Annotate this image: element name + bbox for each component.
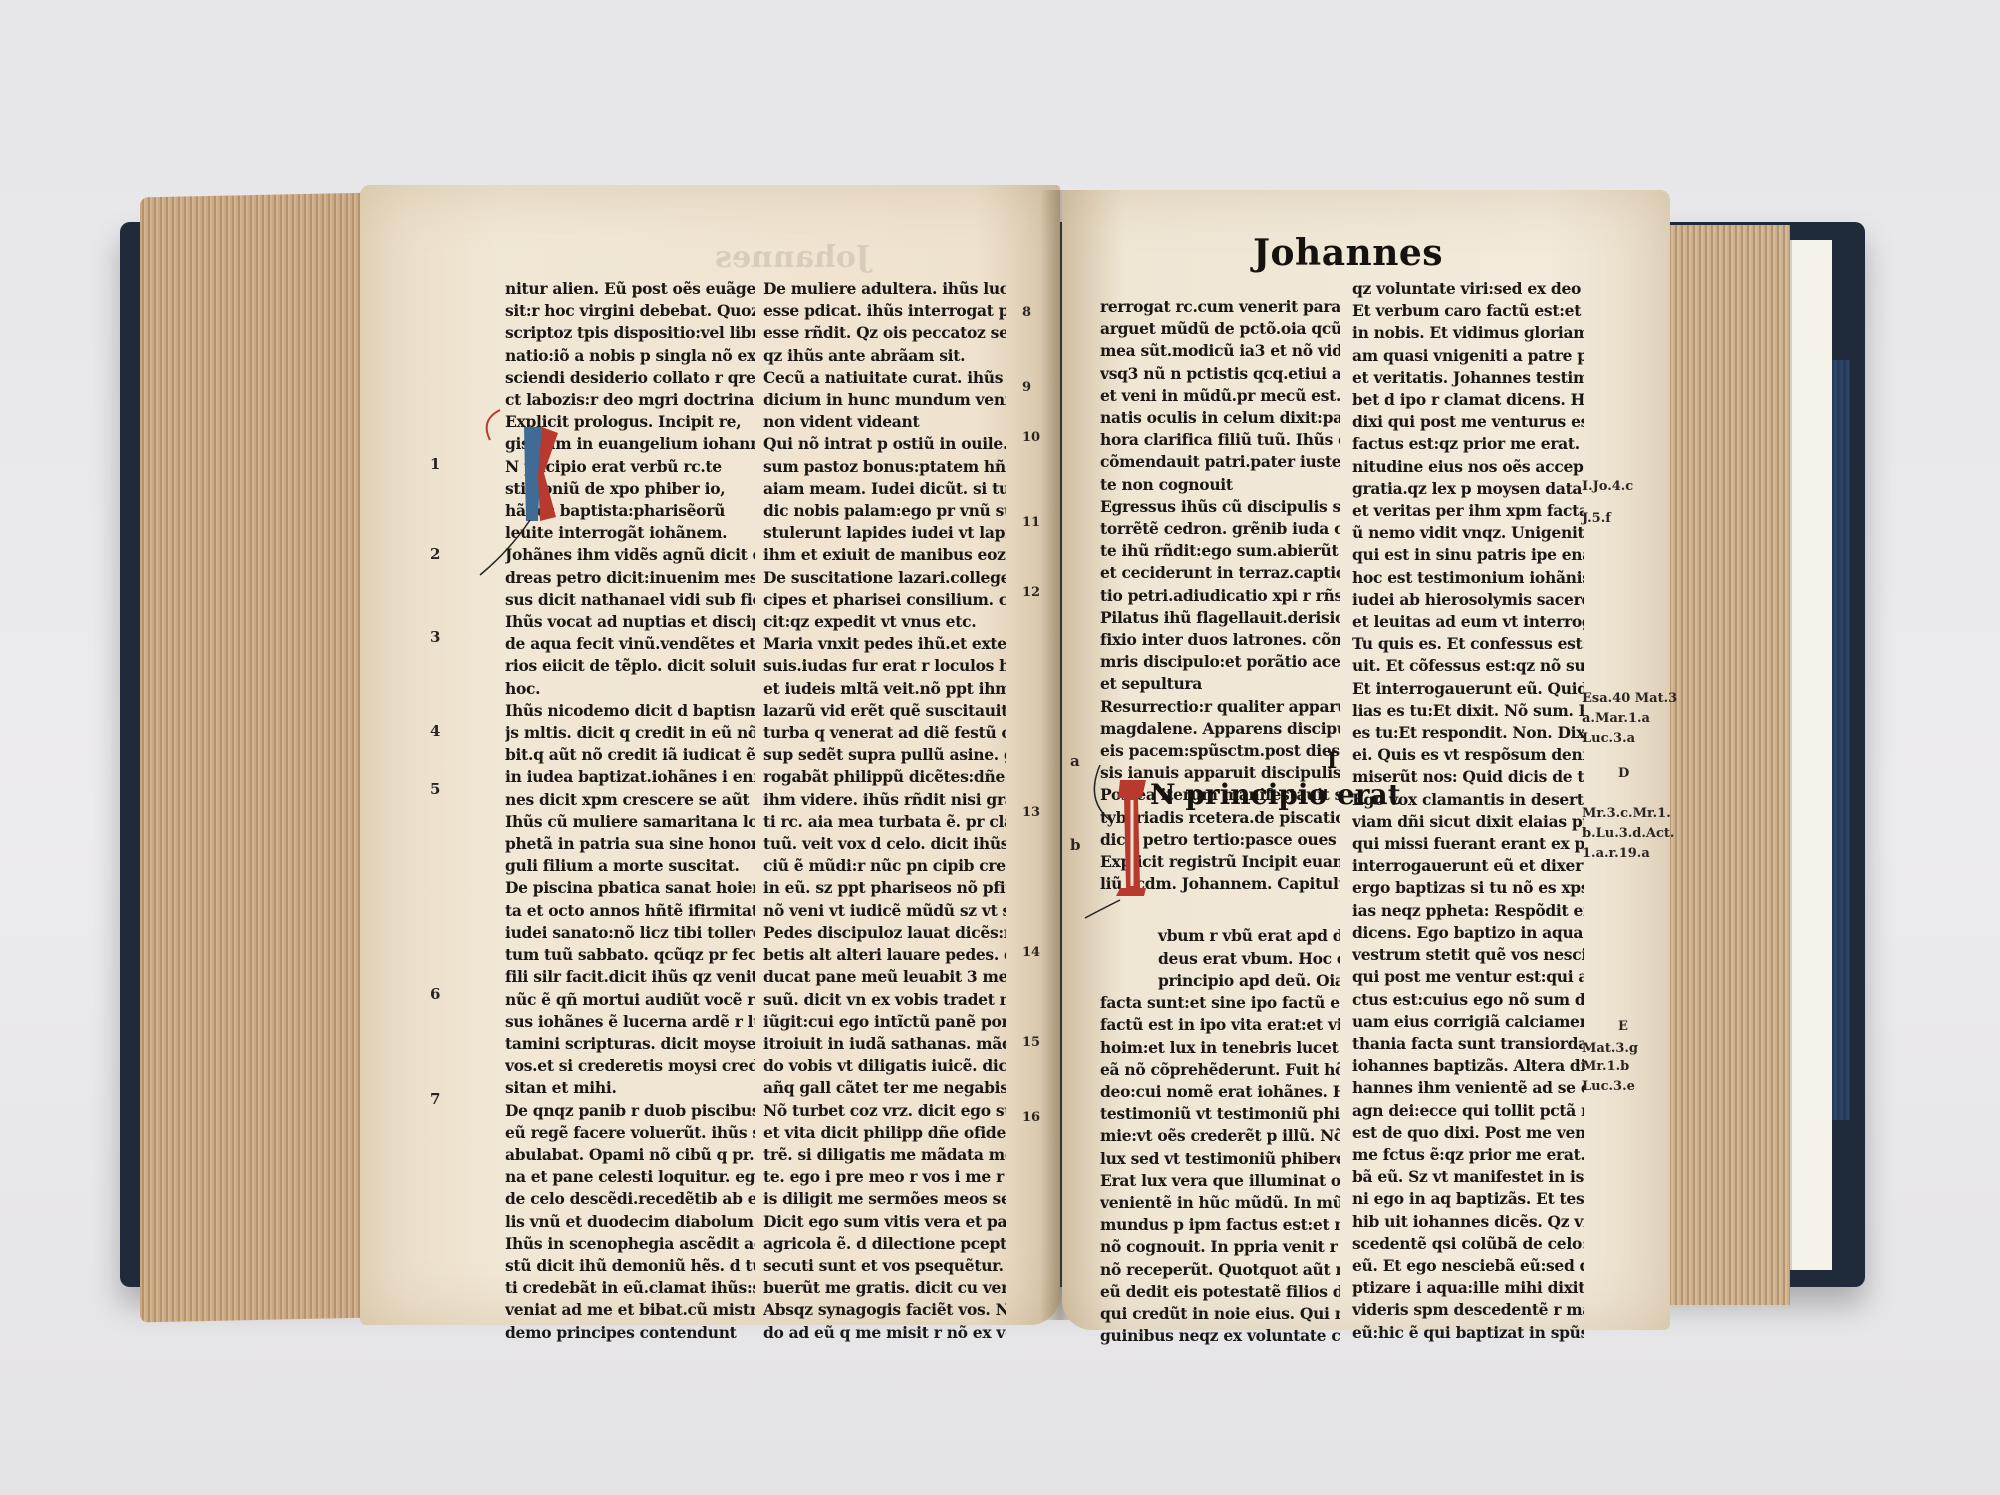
text-line: Ihũs vocat ad nuptias et discipli et [505,611,755,633]
text-line: natio:iõ a nobis p singla nõ exponif vt [505,345,755,367]
text-line: eis pacem:spũsctm.post dies octo clau [1100,740,1340,762]
text-line: Et interrogauerunt eũ. Quid ergo: He [1352,678,1584,700]
concordance-note: Luc.3.a [1582,730,1635,748]
text-line: hora clarifica filiũ tuũ. Ihũs discipls [1100,429,1340,451]
text-line: tio petri.adiudicatio xpi r rñsio eiusdẽ [1100,585,1340,607]
text-line: et vita dicit philipp dñe ofide nob pa [763,1122,1006,1144]
text-line: guli filium a morte suscitat. [505,855,755,877]
text-line: hoc est testimonium iohãnis qñ miserũt [1352,567,1584,589]
text-line: Resurrectio:r qualiter apparuit marie [1100,696,1340,718]
concordance-note: J.5.f [1582,510,1611,528]
text-line: in eũ. sz ppt phariseos nõ pfitebãt. dic… [763,877,1006,899]
text-line: cit:qz expedit vt vnus etc. [763,611,1006,633]
left-text-block-edge [140,193,370,1323]
margin-number: 8 [1022,305,1031,320]
text-line: sum pastoz bonus:ptatem hñ ponedi [763,456,1006,478]
pen-flourish [1080,760,1210,920]
text-line: et veritatis. Johannes testimoniũ phi [1352,367,1584,389]
pen-flourish [470,400,590,580]
text-line: te non cognouit [1100,474,1340,496]
text-line: nũc ẽ qñ mortui audiũt vocẽ rc. dicit te [505,989,755,1011]
text-line: ihm et exiuit de manibus eoz [763,544,1006,566]
text-line: uam eius corrigiã calciamenti. Hec in be [1352,1011,1584,1033]
text-line: Egressus ihũs cũ discipulis suis trans [1100,496,1340,518]
text-line: ergo baptizas si tu nõ es xps neqz hel [1352,877,1584,899]
text-line: iũgit:cui ego intĩctũ panẽ porrexero.tũc [763,1011,1006,1033]
left-page-column-2: De muliere adultera. ihũs lucẽ mũdi sees… [763,278,1006,1344]
text-line: sus dicit nathanael vidi sub ficu [505,589,755,611]
text-line: nes dicit xpm crescere se aũt minozari [505,789,755,811]
text-line: esse pdicat. ihũs interrogat pncipiũ se [763,300,1006,322]
running-head: Johannes [1253,232,1443,274]
text-line: torrẽtẽ cedron. grẽnib iuda cũ cohoz [1100,518,1340,540]
endpaper [1790,240,1832,1270]
text-line: dicens. Ego baptizo in aqua:mediũ at [1352,922,1584,944]
text-line: vsq3 nũ n pctistis qcq.etiui a pre meo [1100,363,1340,385]
text-line: bã eũ. Sz vt manifestet in isrl ppea ve [1352,1166,1584,1188]
text-line: Pedes discipuloz lauat dicẽs:r vos d [763,922,1006,944]
text-line: thania facta sunt transiordanẽ vbi erat [1352,1033,1584,1055]
text-line: guinibus neqz ex voluntate carnis ne [1100,1325,1340,1347]
text-line: factus est:qz prior me erat. Et de ple [1352,433,1584,455]
text-line: qui post me ventur est:qui ante me fa [1352,966,1584,988]
text-line: principio apd deũ. Oia p ipz [1100,970,1340,992]
text-line: ihm videre. ihũs rñdit nisi granũ frume [763,789,1006,811]
text-line: Ihũs in scenophegia ascẽdit ad diẽ fe [505,1233,755,1255]
text-line: eã nõ cõprehẽderunt. Fuit hõ missus a [1100,1059,1340,1081]
text-line: nitudine eius nos oẽs accepim gram p [1352,456,1584,478]
text-line: lux sed vt testimoniũ phiberet d lumie. [1100,1148,1340,1170]
text-line: ti rc. aia mea turbata ẽ. pr clarifica n… [763,811,1006,833]
text-line: phetã in patria sua sine honore esse. re… [505,833,755,855]
text-line: ni ego in aq baptizãs. Et testimoniũ p [1352,1188,1584,1210]
margin-number: 1 [430,455,440,473]
text-line: qz ihũs ante abrãam sit. [763,345,1006,367]
margin-number: 16 [1022,1110,1040,1125]
text-line: ctus est:cuius ego nõ sum dignus vt sol [1352,989,1584,1011]
margin-number: 4 [430,722,440,740]
text-line: magdalene. Apparens discipulis dedit [1100,718,1340,740]
margin-number: 6 [430,985,440,1003]
text-line: tum tuũ sabbato. qcũqz pr fecerit:hec r [505,944,755,966]
text-line: viam dñi sicut dixit elaias ppheta. Et [1352,811,1584,833]
text-line: Ihũs cũ muliere samaritana loquitur.p [505,811,755,833]
text-line: trẽ. si diligatis me mãdata mea serua [763,1144,1006,1166]
margin-number: 12 [1022,585,1040,600]
text-line: scriptoz tpis dispositio:vel libroz ordi [505,322,755,344]
text-line: stulerunt lapides iudei vt lapidarent [763,522,1006,544]
text-line: sciendi desiderio collato r qrentib fru [505,367,755,389]
text-line: qz voluntate viri:sed ex deo nati sunt [1352,278,1584,300]
text-line: scedentẽ qsi colũbã de celo:et mansit su… [1352,1233,1584,1255]
text-line: et leuitas ad eum vt interrogaret eum [1352,611,1584,633]
margin-number: 15 [1022,1035,1040,1050]
margin-number: 7 [430,1090,440,1108]
text-line: fixio inter duos latrones. cõmendatio [1100,629,1340,651]
text-line: ei. Quis es vt respõsum deni his q [1352,744,1584,766]
text-line: ta et octo annos hñtẽ ifirmitatẽ.dicebãt [505,900,755,922]
text-line: deo:cui nomẽ erat iohãnes. Hic venit i [1100,1081,1340,1103]
text-line: is diligit me sermões meos seruat. [763,1188,1006,1210]
chapter-number: I [1327,748,1337,774]
text-line: in nobis. Et vidimus gloriam ei:glori [1352,322,1584,344]
concordance-note: 1.a.r.19.a [1582,845,1650,863]
concordance-note: Luc.3.e [1582,1078,1635,1096]
text-line: am quasi vnigeniti a patre plenũ gratie [1352,345,1584,367]
text-line: eũ:hic ẽ qui baptizat in spũsctõ. Et ego [1352,1322,1584,1344]
concordance-note: I.Jo.4.c [1582,478,1633,496]
margin-number: 3 [430,628,440,646]
text-line: dicium in hunc mundum veni. vt qui [763,389,1006,411]
text-line: est de quo dixi. Post me venit vir q an [1352,1122,1584,1144]
text-line: abulabat. Opami nõ cibũ q pr. i.e pa [505,1144,755,1166]
text-line: es tu:Et respondit. Non. Dixerunt ergo [1352,722,1584,744]
text-line: et sepultura [1100,673,1340,695]
text-line: ũ nemo vidit vnqz. Unigenitus filius [1352,522,1584,544]
text-line: qui credũt in noie eius. Qui nõ ex san [1100,1303,1340,1325]
inner-margin-letter: b [1070,836,1081,854]
concordance-note: D [1618,765,1629,783]
margin-number: 9 [1022,380,1031,395]
text-line: arguet mũdũ de pctõ.oia qcũqz hz paf [1100,318,1340,340]
text-line: de celo descẽdi.recedẽtib ab eo discipu [505,1188,755,1210]
text-line: dixi qui post me venturus est:ante me [1352,411,1584,433]
text-line: eũ. Et ego nesciebã eũ:sed q misit me ba [1352,1255,1584,1277]
text-line: ti credebãt in eũ.clamat ihũs:si qs siti… [505,1277,755,1299]
text-line: sus iohãnes ẽ lucerna ardẽ r lucẽs.scru [505,1011,755,1033]
text-line: qui est in sinu patris ipe enarrauit. Et [1352,544,1584,566]
text-line: eũ regẽ facere voluerũt. ihũs supra mare [505,1122,755,1144]
text-line: te. ego i pre meo r vos i me r ego i vob [763,1166,1006,1188]
text-line: factũ est in ipo vita erat:et vita erat … [1100,1014,1340,1036]
text-line: De piscina pbatica sanat hoiem trigin [505,877,755,899]
text-line: lias es tu:Et dixit. Nõ sum. Propheta [1352,700,1584,722]
text-line: Tu quis es. Et confessus est:r nõ nega [1352,633,1584,655]
text-line: videris spm descedentẽ r manẽtem sup [1352,1299,1584,1321]
concordance-note: Mr.1.b [1582,1058,1629,1076]
text-line: vos.et si crederetis moysi crederetis fo [505,1055,755,1077]
text-line: tamini scripturas. dicit moyses accusat [505,1033,755,1055]
text-line: vbum r vbũ erat apd deũ:et [1100,925,1340,947]
text-line: vestrum stetit quẽ vos nescitis. Ipe est [1352,944,1584,966]
text-line: nõ veni vt iudicẽ mũdũ sz vt saluificem. [763,900,1006,922]
text-line: De suscitatione lazari.collegerũt pnn, [763,567,1006,589]
text-line: interrogauerunt eũ et dixerũt ei. Quid [1352,855,1584,877]
text-line: Absqz synagogis faciẽt vos. Nunc va [763,1299,1006,1321]
text-line: demo principes contendunt [505,1322,755,1344]
margin-number: 11 [1022,515,1040,530]
text-line: ducat pane meũ leuabit 3 me calcaneũ [763,966,1006,988]
show-through-running-head: Johannes [715,240,870,275]
text-line: testimoniũ vt testimoniũ phiberet d lu [1100,1103,1340,1125]
text-line: et iudeis mltã veit.nõ ppt ihm sz vt [763,678,1006,700]
text-line: facta sunt:et sine ipo factũ est nihil. … [1100,992,1340,1014]
text-line: iudei sanato:nõ licz tibi tollere graba [505,922,755,944]
text-line: uit. Et cõfessus est:qz nõ sum ego xpus. [1352,655,1584,677]
text-line: secuti sunt et vos psequẽtur. r odio ha, [763,1255,1006,1277]
concordance-note: a.Mar.1.a [1582,710,1650,728]
text-line: agricola ẽ. d dilectione pcepta:si me pe… [763,1233,1006,1255]
text-line: non vident videant [763,411,1006,433]
text-line: Cecũ a natiuitate curat. ihũs dicit in i… [763,367,1006,389]
text-line: hannes ihm venientẽ ad se et ait. Ecce [1352,1077,1584,1099]
text-line: hoc. [505,678,755,700]
text-line: mundus p ipm factus est:et mund eũ [1100,1214,1340,1236]
text-line: hoim:et lux in tenebris lucet:r tenebre [1100,1037,1340,1059]
text-line: turba q venerat ad diẽ festũ occurrit ei [763,722,1006,744]
text-line: Maria vnxit pedes ihũ.et extersit capill [763,633,1006,655]
concordance-note: E [1618,1018,1628,1036]
text-line: Ihũs nicodemo dicit d baptismo r ali, [505,700,755,722]
text-line: te ihũ rñdit:ego sum.abierũt retrosũz [1100,540,1340,562]
text-line: natis oculis in celum dixit:pater venit [1100,407,1340,429]
text-line: mea sũt.modicũ ia3 et nõ videbitis me [1100,340,1340,362]
text-line: js mltis. dicit q credit in eũ nõ iudica [505,722,755,744]
text-line: esse rñdit. Qz ois peccatoz seruus sit. … [763,322,1006,344]
text-line: lazarũ vid erẽt quẽ suscitauit a mortuis [763,700,1006,722]
text-line: añq gall cãtet ter me negabis etc. [763,1077,1006,1099]
text-line: lis vnũ et duodecim diabolum dicit [505,1211,755,1233]
margin-number: 2 [430,545,440,563]
text-line: agn dei:ecce qui tollit pctã mũdi. Hic [1352,1100,1584,1122]
text-line: De muliere adultera. ihũs lucẽ mũdi se [763,278,1006,300]
text-line: aiam meam. Iudei dicũt. si tu es xpus [763,478,1006,500]
text-line: gratia.qz lex p moysen data est. gratia [1352,478,1584,500]
margin-number: 10 [1022,430,1040,445]
text-line: betis alt alteri lauare pedes. dicit q m… [763,944,1006,966]
concordance-note: b.Lu.3.d.Act. [1582,825,1674,843]
text-line: mris discipulo:et porãtio aceti:r mors [1100,651,1340,673]
text-line: nõ cognouit. In ppria venit r sui eum [1100,1236,1340,1258]
text-line: dic nobis palam:ego pr vnũ sum. su, [763,500,1006,522]
text-line: nitur alien. Eũ post oẽs euãgeliũ scrip [505,278,755,300]
text-line: buerũt me gratis. dicit cu venerit pacli [763,1277,1006,1299]
concordance-note: Esa.40 Mat.3 [1582,690,1677,708]
text-line: Et verbum caro factũ est:et habitauit [1352,300,1584,322]
text-line: ias neqz ppheta: Respõdit eis iohãnes [1352,900,1584,922]
text-line: itroiuit in iudã sathanas. mãdatũ nouũ [763,1033,1006,1055]
text-line: me fctus ẽ:qz prior me erat. Et ego nesc… [1352,1144,1584,1166]
concordance-note: Mat.3.g [1582,1040,1638,1058]
text-line: Dicit ego sum vitis vera et pater meus [763,1211,1006,1233]
text-line: eũ dedit eis potestatẽ filios dei fieri … [1100,1281,1340,1303]
text-line: bet d ipo r clamat dicens. Hic erat que [1352,389,1584,411]
text-line: mie:vt oẽs crederẽt p illũ. Nõ erat ille [1100,1125,1340,1147]
text-line: nõ receperũt. Quotquot aũt receperũt [1100,1259,1340,1281]
concordance-note: Mr.3.c.Mr.1. [1582,805,1671,823]
text-line: deus erat vbum. Hoc erat in [1100,948,1340,970]
text-line: Qui nõ intrat p ostiũ in ouile. dicit eg… [763,433,1006,455]
text-line: sit:r hoc virgini debebat. Quoz tñ vel [505,300,755,322]
text-line: rios eiicit de tẽplo. dicit soluite tẽpl… [505,655,755,677]
text-line: rerrogat rc.cum venerit paraclitus ille [1100,296,1340,318]
text-line: venientẽ in hũc mũdũ. In mũdo erat r [1100,1192,1340,1214]
text-line: hib uit iohannes dicẽs. Qz vidi spm de [1352,1211,1584,1233]
text-line: sup sedẽt supra pullũ asine. gentes qdaz [763,744,1006,766]
text-line: et veni in mũdũ.pr mecũ est. Suble, [1100,385,1340,407]
text-line: cõmendauit patri.pater iuste mundus [1100,451,1340,473]
text-line: tuũ. veit vox d celo. dicit ihũs nũc iud… [763,833,1006,855]
text-line: Erat lux vera que illuminat oẽm hoiem [1100,1170,1340,1192]
margin-number: 5 [430,780,440,798]
text-line: suis.iudas fur erat r loculos hñs turba [763,655,1006,677]
text-line: iohannes baptizãs. Altera die vidit io [1352,1055,1584,1077]
text-line: de aqua fecit vinũ.vendẽtes et numula [505,633,755,655]
text-line: suũ. dicit vn ex vobis tradet me et sub, [763,989,1006,1011]
text-line: do vobis vt diligatis iuicẽ. dicit petro… [763,1055,1006,1077]
inner-margin-letter: a [1070,752,1080,770]
margin-number: 13 [1022,805,1040,820]
text-line: De qnqz panib r duob piscibus:r qz [505,1100,755,1122]
text-line: in iudea baptizat.iohãnes i ennõ.iohã [505,766,755,788]
text-line: veniat ad me et bibat.cũ mistris et nico [505,1299,755,1321]
text-line: qui missi fuerant erant ex phariseis. Et [1352,833,1584,855]
text-line: stũ dicit ihũ demoniũ hẽs. d turba i mal… [505,1255,755,1277]
text-line: do ad eũ q me misit r nõ ex vobis in, [763,1322,1006,1344]
text-line: et veritas per ihm xpm facta est. De, [1352,500,1584,522]
text-line: bit.q aũt nõ credit iã iudicat ẽ. ihũs [505,744,755,766]
text-line: fili silr facit.dicit ihũs qz venit hora… [505,966,755,988]
text-line: Nõ turbet coz vrz. dicit ego sũ via vita [763,1100,1006,1122]
text-line: cipes et pharisei consilium. cayphas di [763,589,1006,611]
text-line: ptizare i aqua:ille mihi dixit. Sup quẽ [1352,1277,1584,1299]
text-line: iudei ab hierosolymis sacerdotes [1352,589,1584,611]
text-line: rogabãt philippũ dicẽtes:dñe venim [763,766,1006,788]
margin-number: 14 [1022,945,1040,960]
text-line: sitan et mihi. [505,1077,755,1099]
photo-scene: Johannes nitur alien. Eũ post oẽs euãgel… [0,0,2000,1495]
text-line: na et pane celesti loquitur. ego sũ pani… [505,1166,755,1188]
right-text-block-edge [1655,225,1790,1305]
text-line: ciũ ẽ mũdi:r nũc pn cipib credidert [763,855,1006,877]
text-line: et ceciderunt in terraz.captio xpi.nega, [1100,562,1340,584]
text-line: Pilatus ihũ flagellauit.derisio.cruci, [1100,607,1340,629]
